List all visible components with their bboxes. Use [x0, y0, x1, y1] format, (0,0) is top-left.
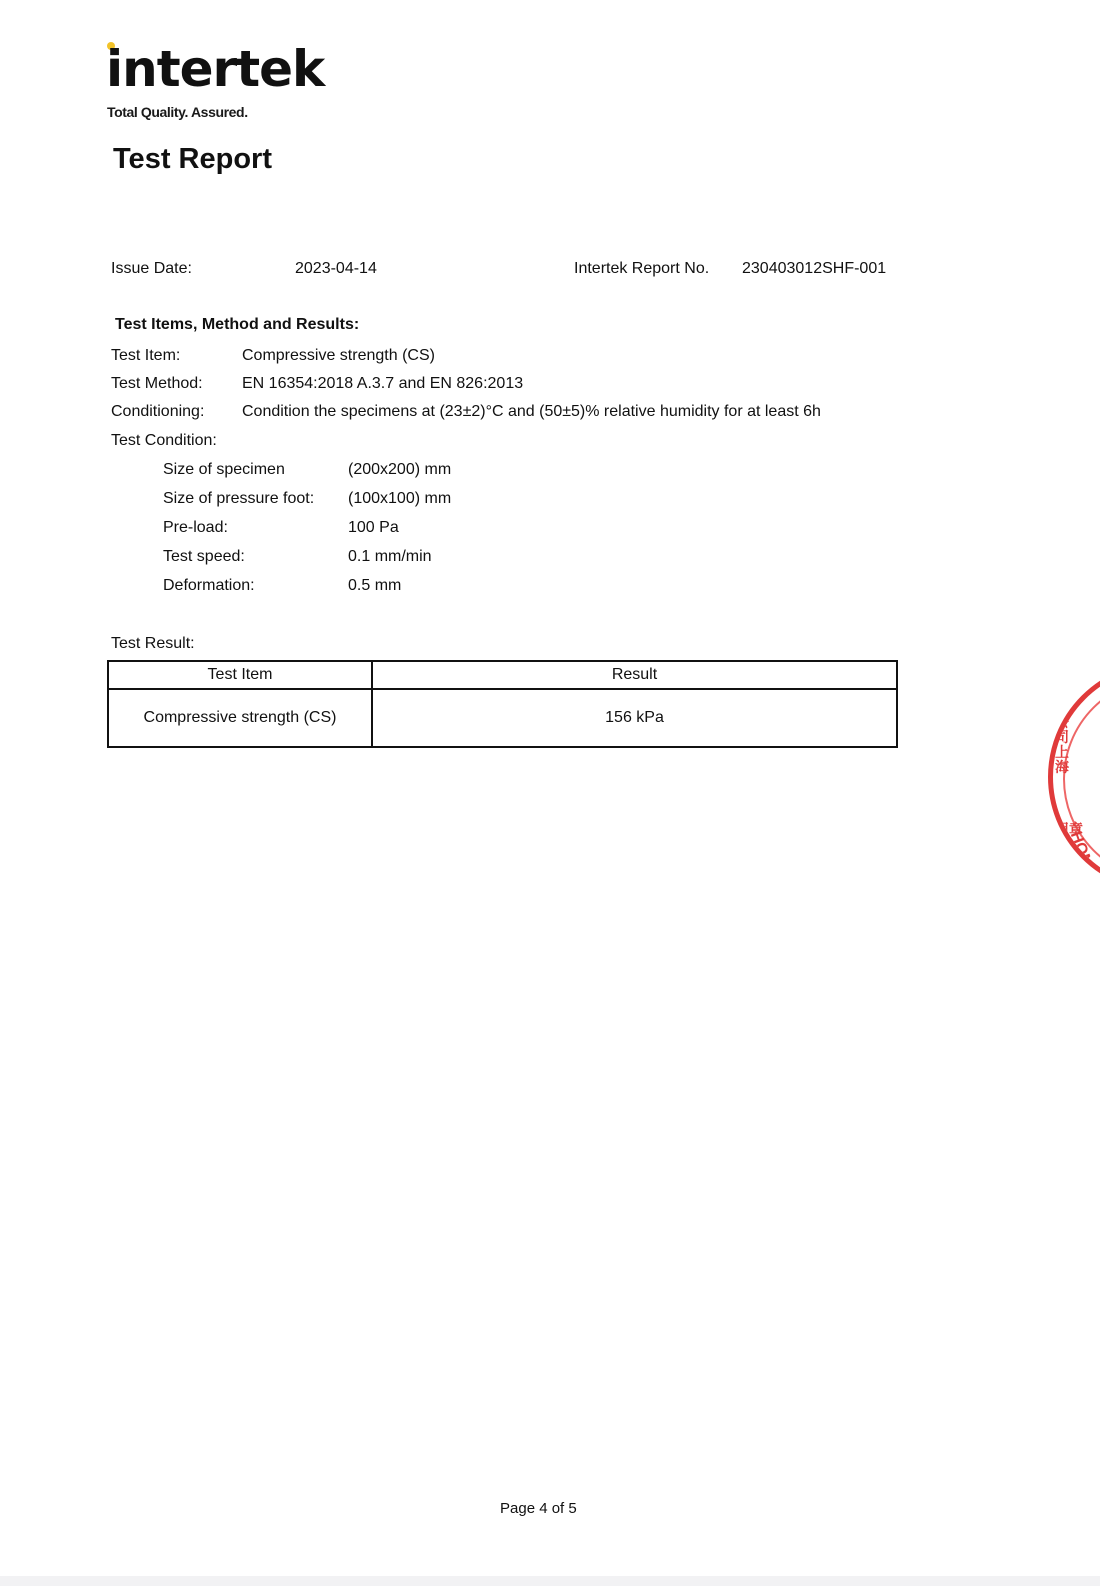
test-result-label: Test Result: [111, 635, 195, 653]
condition-label: Deformation: [163, 577, 255, 595]
conditioning-label: Conditioning: [111, 403, 204, 421]
condition-value: (200x200) mm [348, 461, 451, 479]
page-title: Test Report [113, 143, 272, 176]
test-item-label: Test Item: [111, 347, 180, 365]
cell-test-item: Compressive strength (CS) [108, 689, 372, 747]
section-heading: Test Items, Method and Results: [115, 316, 359, 334]
company-seal-stamp: LTD.S 公司上海 用章 HONCH [1048, 662, 1100, 892]
test-item-value: Compressive strength (CS) [242, 347, 435, 365]
report-no-value: 230403012SHF-001 [742, 260, 886, 278]
condition-label: Pre-load: [163, 519, 228, 537]
logo-tagline: Total Quality. Assured. [107, 104, 248, 120]
condition-value: 0.1 mm/min [348, 548, 432, 566]
condition-value: (100x100) mm [348, 490, 451, 508]
header-result: Result [372, 661, 897, 689]
logo-wordmark: intertek [106, 40, 324, 98]
page-number: Page 4 of 5 [500, 1500, 577, 1517]
table-header-row: Test Item Result [108, 661, 897, 689]
condition-value: 0.5 mm [348, 577, 401, 595]
test-condition-label: Test Condition: [111, 432, 217, 450]
test-method-label: Test Method: [111, 375, 203, 393]
condition-label: Size of pressure foot: [163, 490, 314, 508]
intertek-logo: intertek [106, 44, 324, 94]
condition-label: Size of specimen [163, 461, 285, 479]
result-table: Test Item Result Compressive strength (C… [107, 660, 898, 748]
viewer-bottom-edge [0, 1576, 1100, 1586]
conditioning-value: Condition the specimens at (23±2)°C and … [242, 403, 821, 421]
condition-label: Test speed: [163, 548, 245, 566]
stamp-text-chinese: 公司上海 [1055, 715, 1073, 775]
header-test-item: Test Item [108, 661, 372, 689]
issue-date-value: 2023-04-14 [295, 260, 377, 278]
table-row: Compressive strength (CS) 156 kPa [108, 689, 897, 747]
issue-date-label: Issue Date: [111, 260, 192, 278]
condition-value: 100 Pa [348, 519, 399, 537]
report-no-label: Intertek Report No. [574, 260, 709, 278]
cell-result: 156 kPa [372, 689, 897, 747]
test-method-value: EN 16354:2018 A.3.7 and EN 826:2013 [242, 375, 523, 393]
